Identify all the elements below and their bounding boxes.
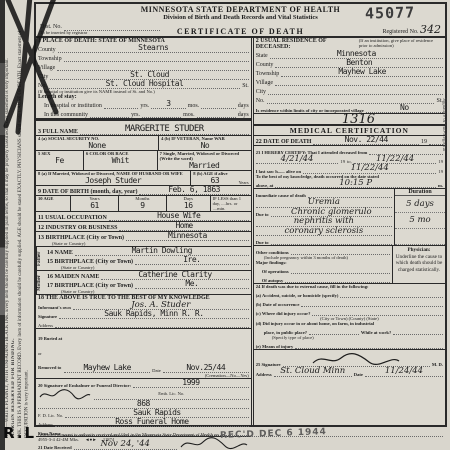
physician-address: St. Cloud Minn — [274, 367, 352, 377]
certificate-title: CERTIFICATE OF DEATH — [160, 27, 321, 36]
external-a: (a) Accident, suicide, or homicide (spec… — [256, 293, 339, 298]
dod-label: 22 DATE OF DEATH — [256, 139, 312, 145]
res-no-label: No. — [256, 98, 265, 104]
veteran-value: No — [161, 141, 249, 150]
res-village-blank — [275, 78, 443, 86]
place-st-label: St. — [242, 83, 249, 89]
informant-address: Sauk Rapids, Minn R. R. — [59, 310, 249, 319]
registered-number-handwritten: 342 — [420, 23, 441, 36]
mother-name-label: 16 MAIDEN NAME — [47, 274, 99, 280]
registered-label: Registered No. — [383, 29, 419, 35]
mother-bp-sub: (State or Country) — [47, 289, 249, 294]
physician-date-label: Date — [354, 372, 363, 377]
scanned-paper: N. B.—WRITE PLAINLY, WITH UNFADING BLACK… — [0, 0, 450, 450]
physician-note-text: Underline the cause to which death shoul… — [394, 254, 444, 274]
occurred-line2: above, at — [256, 183, 274, 188]
cremation-note: (Cremation—No—Yes) — [38, 373, 249, 378]
yrs-label: yrs. — [140, 103, 149, 109]
external-d3-blank — [393, 327, 443, 335]
age-label: 10 AGE — [38, 196, 68, 201]
death-time: 10:15 P — [275, 179, 436, 189]
funeral-director-signature-scribble — [38, 388, 92, 400]
physician-note-box: Physician: Underline the cause to which … — [393, 246, 445, 283]
spouse-age-value: 63 — [193, 176, 236, 185]
section-residence: 2 USUAL RESIDENCE OF DECEASED: (If an in… — [254, 38, 445, 114]
yrs-label-2: yrs. — [131, 112, 140, 118]
marital-cell: 7 Single, Married, Widowed or Divorced (… — [158, 151, 251, 170]
file-number-stamp: 45077 — [365, 3, 416, 22]
immediate-duration: 5 days — [395, 196, 445, 212]
res-city-label: City — [256, 89, 266, 95]
section-occupation: 11 USUAL OCCUPATIONHouse Wife — [36, 212, 251, 222]
stay-hospital-months: 3 — [151, 100, 186, 109]
due1-line3: coronary sclerosis — [256, 227, 392, 237]
father-name-label: 14 NAME — [47, 250, 73, 256]
section-birthplace: 13 BIRTHPLACE (City or Town)Minnesota (S… — [36, 232, 251, 247]
stay-hospital-yrs — [104, 101, 139, 109]
burial-label-or: or — [38, 351, 42, 356]
father-name-value: Martin Dowling — [75, 247, 249, 256]
occupation-label: 11 USUAL OCCUPATION — [38, 215, 107, 221]
res-village-label: Village — [256, 80, 273, 86]
burial-date: Nov.25/44 — [163, 364, 249, 373]
last-saw-date: 11/22/44 — [303, 164, 436, 174]
due1-duration: 5 mo — [395, 213, 445, 229]
mother-name-value: Catherine Clarity — [101, 271, 248, 280]
physician-signature-scribble — [311, 353, 401, 366]
header: 45077 MINNESOTA STATE DEPARTMENT OF HEAL… — [36, 4, 445, 38]
section-sex-race-marital: 5 SEX Fe 6 COLOR OR RACE Whit 7 Single, … — [36, 151, 251, 171]
attended-from-date: 4/21/44 — [256, 155, 339, 165]
section-date-of-birth: 9 DATE OF BIRTH (month, day, year)Feb. 6… — [36, 186, 251, 196]
place-township-blank — [64, 54, 249, 62]
stay-community-yrs — [90, 110, 129, 118]
external-b: (b) Date of occurrence — [256, 302, 300, 307]
section-industry: 12 INDUSTRY OR BUSINESSHome — [36, 222, 251, 232]
external-d2-blank — [309, 327, 359, 335]
burial-label-removed: Removed to — [38, 365, 61, 370]
age-less-label: IF LESS than 1 day, ....hrs. or ....min. — [213, 196, 249, 211]
industry-label: 12 INDUSTRY OR BUSINESS — [38, 225, 117, 231]
union-bug-icon: ◄●► — [85, 437, 97, 442]
external-e: (e) Means of injury — [256, 344, 294, 349]
external-d3: While at work? — [361, 330, 391, 335]
physician-date: 11/24/44 — [365, 367, 443, 377]
res-no-blank — [267, 96, 435, 104]
res-state-label: State — [256, 53, 268, 59]
industry-value: Home — [119, 222, 248, 231]
section-informant: 18 THE ABOVE IS TRUE TO THE BEST OF MY K… — [36, 295, 251, 330]
burial-date-label: Date — [152, 368, 161, 373]
burial-label: 19 Buried at — [38, 336, 62, 341]
years-word: Years — [238, 180, 248, 185]
place-institution-value: St. Cloud Hospital — [49, 80, 240, 89]
informant-addr-blank — [55, 320, 249, 328]
certificate-form: 45077 MINNESOTA STATE DEPARTMENT OF HEAL… — [34, 2, 447, 427]
spouse-cell: 8 (a) If Married, Widowed or Divorced, N… — [36, 171, 191, 185]
marital-label: 7 Single, Married, Widowed or Divorced (… — [160, 151, 249, 161]
informant-addr-label: Address — [38, 323, 53, 328]
section-certify: 23 I HEREBY CERTIFY: That I attended dec… — [254, 146, 445, 190]
m-word: m. — [438, 183, 443, 188]
funeral-addr-label: Address — [38, 422, 53, 427]
section-age: 10 AGE Years61 Months9 Days16 IF LESS th… — [36, 196, 251, 212]
age-days-cell: Days16 — [167, 196, 211, 211]
due2-label: Due to — [256, 240, 269, 245]
other-conditions-blank — [291, 247, 390, 255]
age-years-cell: Years61 — [71, 196, 119, 211]
emb-lic-value: 1999 — [133, 379, 249, 388]
spouse-age-cell: 8 (b) AGE if alive 63Years — [191, 171, 250, 185]
physician-addr-label: Address — [256, 372, 272, 377]
of-operations-blank — [291, 266, 390, 274]
dod-year-prefix: 19 — [421, 139, 427, 145]
dob-label: 9 DATE OF BIRTH (month, day, year) — [38, 189, 137, 195]
section-physician-signature: 25 Signature M. D. Address St. Cloud Min… — [254, 350, 445, 425]
occupation-value: House Wife — [109, 212, 249, 221]
dob-value: Feb. 6, 1863 — [139, 186, 248, 195]
medical-certification-title: MEDICAL CERTIFICATION — [254, 126, 445, 136]
age-label-cell: 10 AGE — [36, 196, 71, 211]
yr2: 19 — [438, 159, 443, 164]
of-autopsy-blank — [285, 275, 390, 283]
emb-lic-label: Emb. Lic. No. — [94, 392, 249, 400]
duration-header: Duration — [395, 189, 445, 196]
days-label-2: days — [238, 112, 249, 118]
res-township-value: Mayhew Lake — [281, 68, 443, 77]
age-months-cell: Months9 — [119, 196, 167, 211]
statistical-code-handwritten: 1316 — [342, 112, 375, 127]
father-side-label: Father — [36, 247, 45, 270]
age-years-value: 61 — [73, 201, 116, 210]
right-column: Signature of Sub-Registrar 2 USUAL RESID… — [254, 38, 445, 425]
cause-of-death-block: Immediate cause of death Uremia Due toCh… — [254, 189, 445, 246]
print-number: 11874 — [103, 437, 114, 442]
mos-label: mos. — [188, 103, 200, 109]
form-number: 4955-3-4 42-4M Mks. — [38, 437, 79, 442]
corner-initials: R.L — [3, 424, 36, 442]
external-a-blank — [340, 290, 443, 298]
res-limits-value: No — [366, 104, 443, 113]
of-autopsy-label: Of autopsy — [256, 278, 284, 283]
race-value: Whit — [86, 156, 155, 165]
stay-community-days — [197, 110, 236, 118]
race-cell: 6 COLOR OR RACE Whit — [84, 151, 158, 170]
due2-blank — [271, 237, 392, 245]
section-external-cause: 24 If death was due to external cause, f… — [254, 284, 445, 350]
age-days-value: 16 — [169, 201, 208, 210]
full-name-value: MARGERITE STUDER — [80, 125, 249, 135]
external-c: (c) Where did injury occur? — [256, 311, 311, 316]
spouse-value: Joseph Studer — [38, 176, 188, 185]
sex-cell: 5 SEX Fe — [36, 151, 84, 170]
informant-sig-label2: Signature — [38, 314, 57, 319]
days-label: days — [238, 103, 249, 109]
external-b-blank — [301, 299, 443, 307]
father-group: Father 14 NAMEMartin Dowling 15 BIRTHPLA… — [36, 247, 251, 271]
mother-side-label: Mother — [36, 271, 45, 294]
physician-sig-line — [283, 350, 430, 367]
birthplace-value: Minnesota — [126, 232, 249, 241]
father-bp-value: Ire. — [135, 256, 249, 265]
age-less-cell: IF LESS than 1 day, ....hrs. or ....min. — [211, 196, 251, 211]
of-operations-label: Of operations — [256, 269, 289, 274]
section-date-of-death: 22 DATE OF DEATHNov. 22/4419 — [254, 136, 445, 146]
medical-certification-block: 1316 MEDICAL CERTIFICATION — [254, 124, 445, 136]
res-township-label: Township — [256, 71, 280, 77]
burial-place: Mayhew Lake — [64, 364, 150, 373]
dod-value: Nov. 22/44 — [313, 136, 419, 145]
footer-area: REC'D DEC 6 1944 Amended pursuant to aut… — [34, 427, 447, 450]
veteran-cell: 4 (b) IF VETERAN, Name WAR No — [159, 136, 251, 150]
mos-label-2: mos. — [183, 112, 195, 118]
section-burial: 19 Buried atorRemoved to Mayhew Lake Dat… — [36, 329, 251, 378]
duration-column: Duration 5 days 5 mo — [395, 189, 445, 245]
funeral-firm: Ross Funeral Home — [55, 418, 249, 427]
res-county-label: County — [256, 62, 274, 68]
section-spouse: 8 (a) If Married, Widowed or Divorced, N… — [36, 171, 251, 186]
age-months-value: 9 — [121, 201, 164, 210]
certificate-sheet: 45077 MINNESOTA STATE DEPARTMENT OF HEAL… — [34, 2, 447, 450]
stay-community-mos — [142, 110, 181, 118]
res-city-blank — [268, 87, 443, 95]
mother-bp-value: Me. — [135, 280, 249, 289]
place-county-value: Stearns — [58, 44, 249, 53]
due2-duration-blank — [395, 229, 445, 245]
other-conditions-block: Other conditions (Include pregnancy with… — [254, 246, 445, 284]
registered-number-block: Registered No. 342 — [321, 23, 441, 36]
mother-group: Mother 16 MAIDEN NAMECatherine Clarity 1… — [36, 271, 251, 295]
yr3: 19 — [438, 169, 443, 174]
handwritten-cross-mark — [0, 0, 70, 144]
marital-value: Married — [160, 161, 249, 170]
external-c-blank — [312, 308, 443, 316]
stay-hospital-days — [201, 101, 236, 109]
sex-value: Fe — [38, 156, 81, 165]
external-e-blank — [295, 341, 443, 349]
